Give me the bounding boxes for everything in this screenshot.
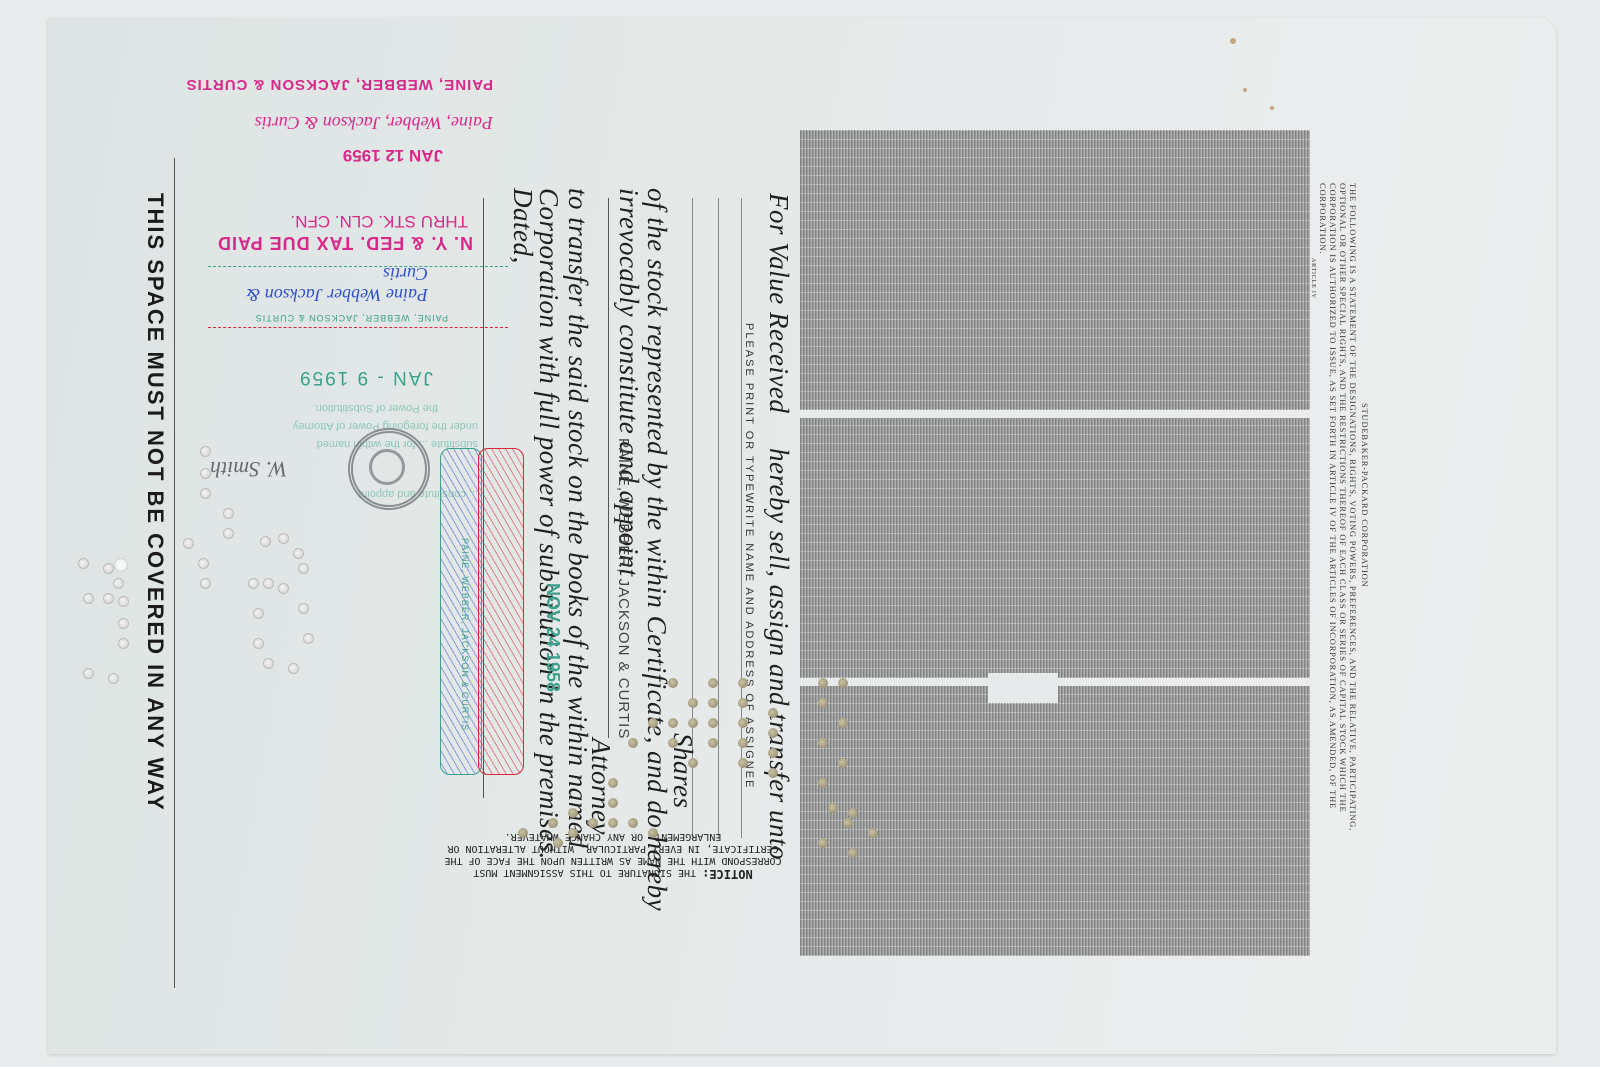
perforation-dot [708,678,718,688]
dated-stamp: NOV 24 1958 [542,583,563,692]
perforation-dot [738,678,748,688]
perforation-dot [78,558,89,569]
perforation-dot [818,838,828,848]
grey-signature: W. Smith [210,456,287,482]
perforation-dot [828,803,838,813]
perforation-dot [818,738,828,748]
perforation-dot [688,698,698,708]
notary-seal [348,428,430,510]
rust-stain [1270,106,1274,110]
perforation-dot [668,718,678,728]
statement-company: STUDEBAKER-PACKARD CORPORATION [1360,403,1370,588]
perforation-dot [113,578,124,589]
box-firm-text: PAINE, WEBBER, JACKSON & CURTIS [460,538,470,731]
perforation-dot [548,818,558,828]
perforation-dot [608,778,618,788]
perforation-dot [608,798,618,808]
assignee-line-2 [718,198,719,838]
perforation-dot [83,668,94,679]
perforation-dot [688,758,698,768]
perforation-dot [298,563,309,574]
teal-firm-text: PAINE, WEBBER, JACKSON & CURTIS [255,313,448,323]
full-power: Corporation with full power of substitut… [533,188,564,860]
perforation-dot [708,718,718,728]
statement-column-2 [800,418,1310,678]
rust-stain [1243,88,1247,92]
statement-column-1 [800,130,1310,410]
margin-rule [174,158,175,988]
perforation-dot [738,738,748,748]
perforation-dot [223,528,234,539]
signature-guarantee-stamp: PAINE, WEBBER, JACKSON & CURTIS Paine We… [208,266,508,328]
perforation-dot [103,563,114,574]
article-label: ARTICLE IV [1308,258,1318,299]
perforation-dot [628,818,638,828]
perforation-dot [200,578,211,589]
perforation-dot [118,618,129,629]
stock-represented: of the stock represented by the within C… [641,188,672,911]
perforation-dot [848,808,858,818]
rust-stain [1230,38,1236,44]
perforation-dot [248,578,259,589]
perforation-dot [838,718,848,728]
perforation-dot [588,818,598,828]
perforation-dot [298,603,309,614]
perforation-dot [768,768,778,778]
perforation-dot [83,593,94,604]
perforation-dot [260,536,271,547]
perforation-dot [668,738,678,748]
perforation-dot [708,738,718,748]
perforation-dot [303,633,314,644]
magenta-date: JAN 12 1959 [343,145,443,165]
sell-assign-transfer: hereby sell, assign and transfer unto [763,448,794,860]
certificate-paper: THIS SPACE MUST NOT BE COVERED IN ANY WA… [48,18,1556,1054]
perforation-dot [278,583,289,594]
perforation-dot [568,828,578,838]
perforation-dot [553,838,563,848]
perforation-dot [198,558,209,569]
perforation-dot [738,718,748,728]
tax-paid-line1: N. Y. & FED. TAX DUE PAID [217,232,473,253]
perforation-dot [843,818,853,828]
notice-block: NOTICE: THE SIGNATURE TO THIS ASSIGNMENT… [443,830,783,880]
perforation-dot [848,848,858,858]
perforation-dot [838,758,848,768]
perforation-dot [738,698,748,708]
perforation-dot [253,608,264,619]
teal-date: JAN - 9 1959 [298,366,433,388]
magenta-signature: Paine, Webber, Jackson & Curtis [255,112,493,133]
perforation-dot [868,828,878,838]
perforation-dot [688,718,698,728]
perforation-dot [708,698,718,708]
perforation-dot [818,678,828,688]
perforation-dot [200,468,211,479]
perforation-dot [183,538,194,549]
guarantee-box-red [478,448,524,775]
perforation-dot [648,828,658,838]
tax-paid-line2: THRU STK. CLN. CFN. [290,211,468,231]
perforation-dot [648,718,658,728]
perforation-dot [288,663,299,674]
dated-line [483,198,484,798]
perforation-dot [263,578,274,589]
perforation-dot [628,738,638,748]
perforation-dot [278,533,289,544]
perforation-dot [118,596,129,607]
perforation-dot [668,678,678,688]
magenta-firm: PAINE, WEBBER, JACKSON & CURTIS [186,76,493,93]
attorney-line [608,198,609,738]
perforation-dot [818,778,828,788]
perforation-dot [293,548,304,559]
magenta-tax-stamp: N. Y. & FED. TAX DUE PAID THRU STK. CLN.… [183,63,503,253]
blue-signature: Paine Webber Jackson & Curtis [208,263,428,305]
perforation-dot [838,678,848,688]
statement-column-3 [800,686,1310,956]
transfer-books: to transfer the said stock on the books … [562,188,593,848]
perforation-dot [103,593,114,604]
perforation-dot [108,673,119,684]
perforation-dot [118,638,129,649]
perforation-dot [200,446,211,457]
perforation-dot [738,758,748,768]
statement-heading: THE FOLLOWING IS A STATEMENT OF THE DESI… [1318,183,1358,873]
perforation-dot [608,818,618,828]
perforation-dot [518,828,528,838]
perforation-dot [768,728,778,738]
perforation-dot [263,658,274,669]
perforation-dot [223,508,234,519]
binder-hole [114,558,128,572]
attorney-name: PAINE, WEBBER, JACKSON & CURTIS [615,438,632,739]
side-warning: THIS SPACE MUST NOT BE COVERED IN ANY WA… [142,193,168,812]
perforation-dot [253,638,264,649]
perforation-dot [568,808,578,818]
for-value-received: For Value Received [763,193,794,413]
perforation-dot [818,698,828,708]
perforation-dot [200,488,211,499]
perforation-dot [768,708,778,718]
dated-label: Dated, [507,188,538,264]
perforation-dot [768,748,778,758]
